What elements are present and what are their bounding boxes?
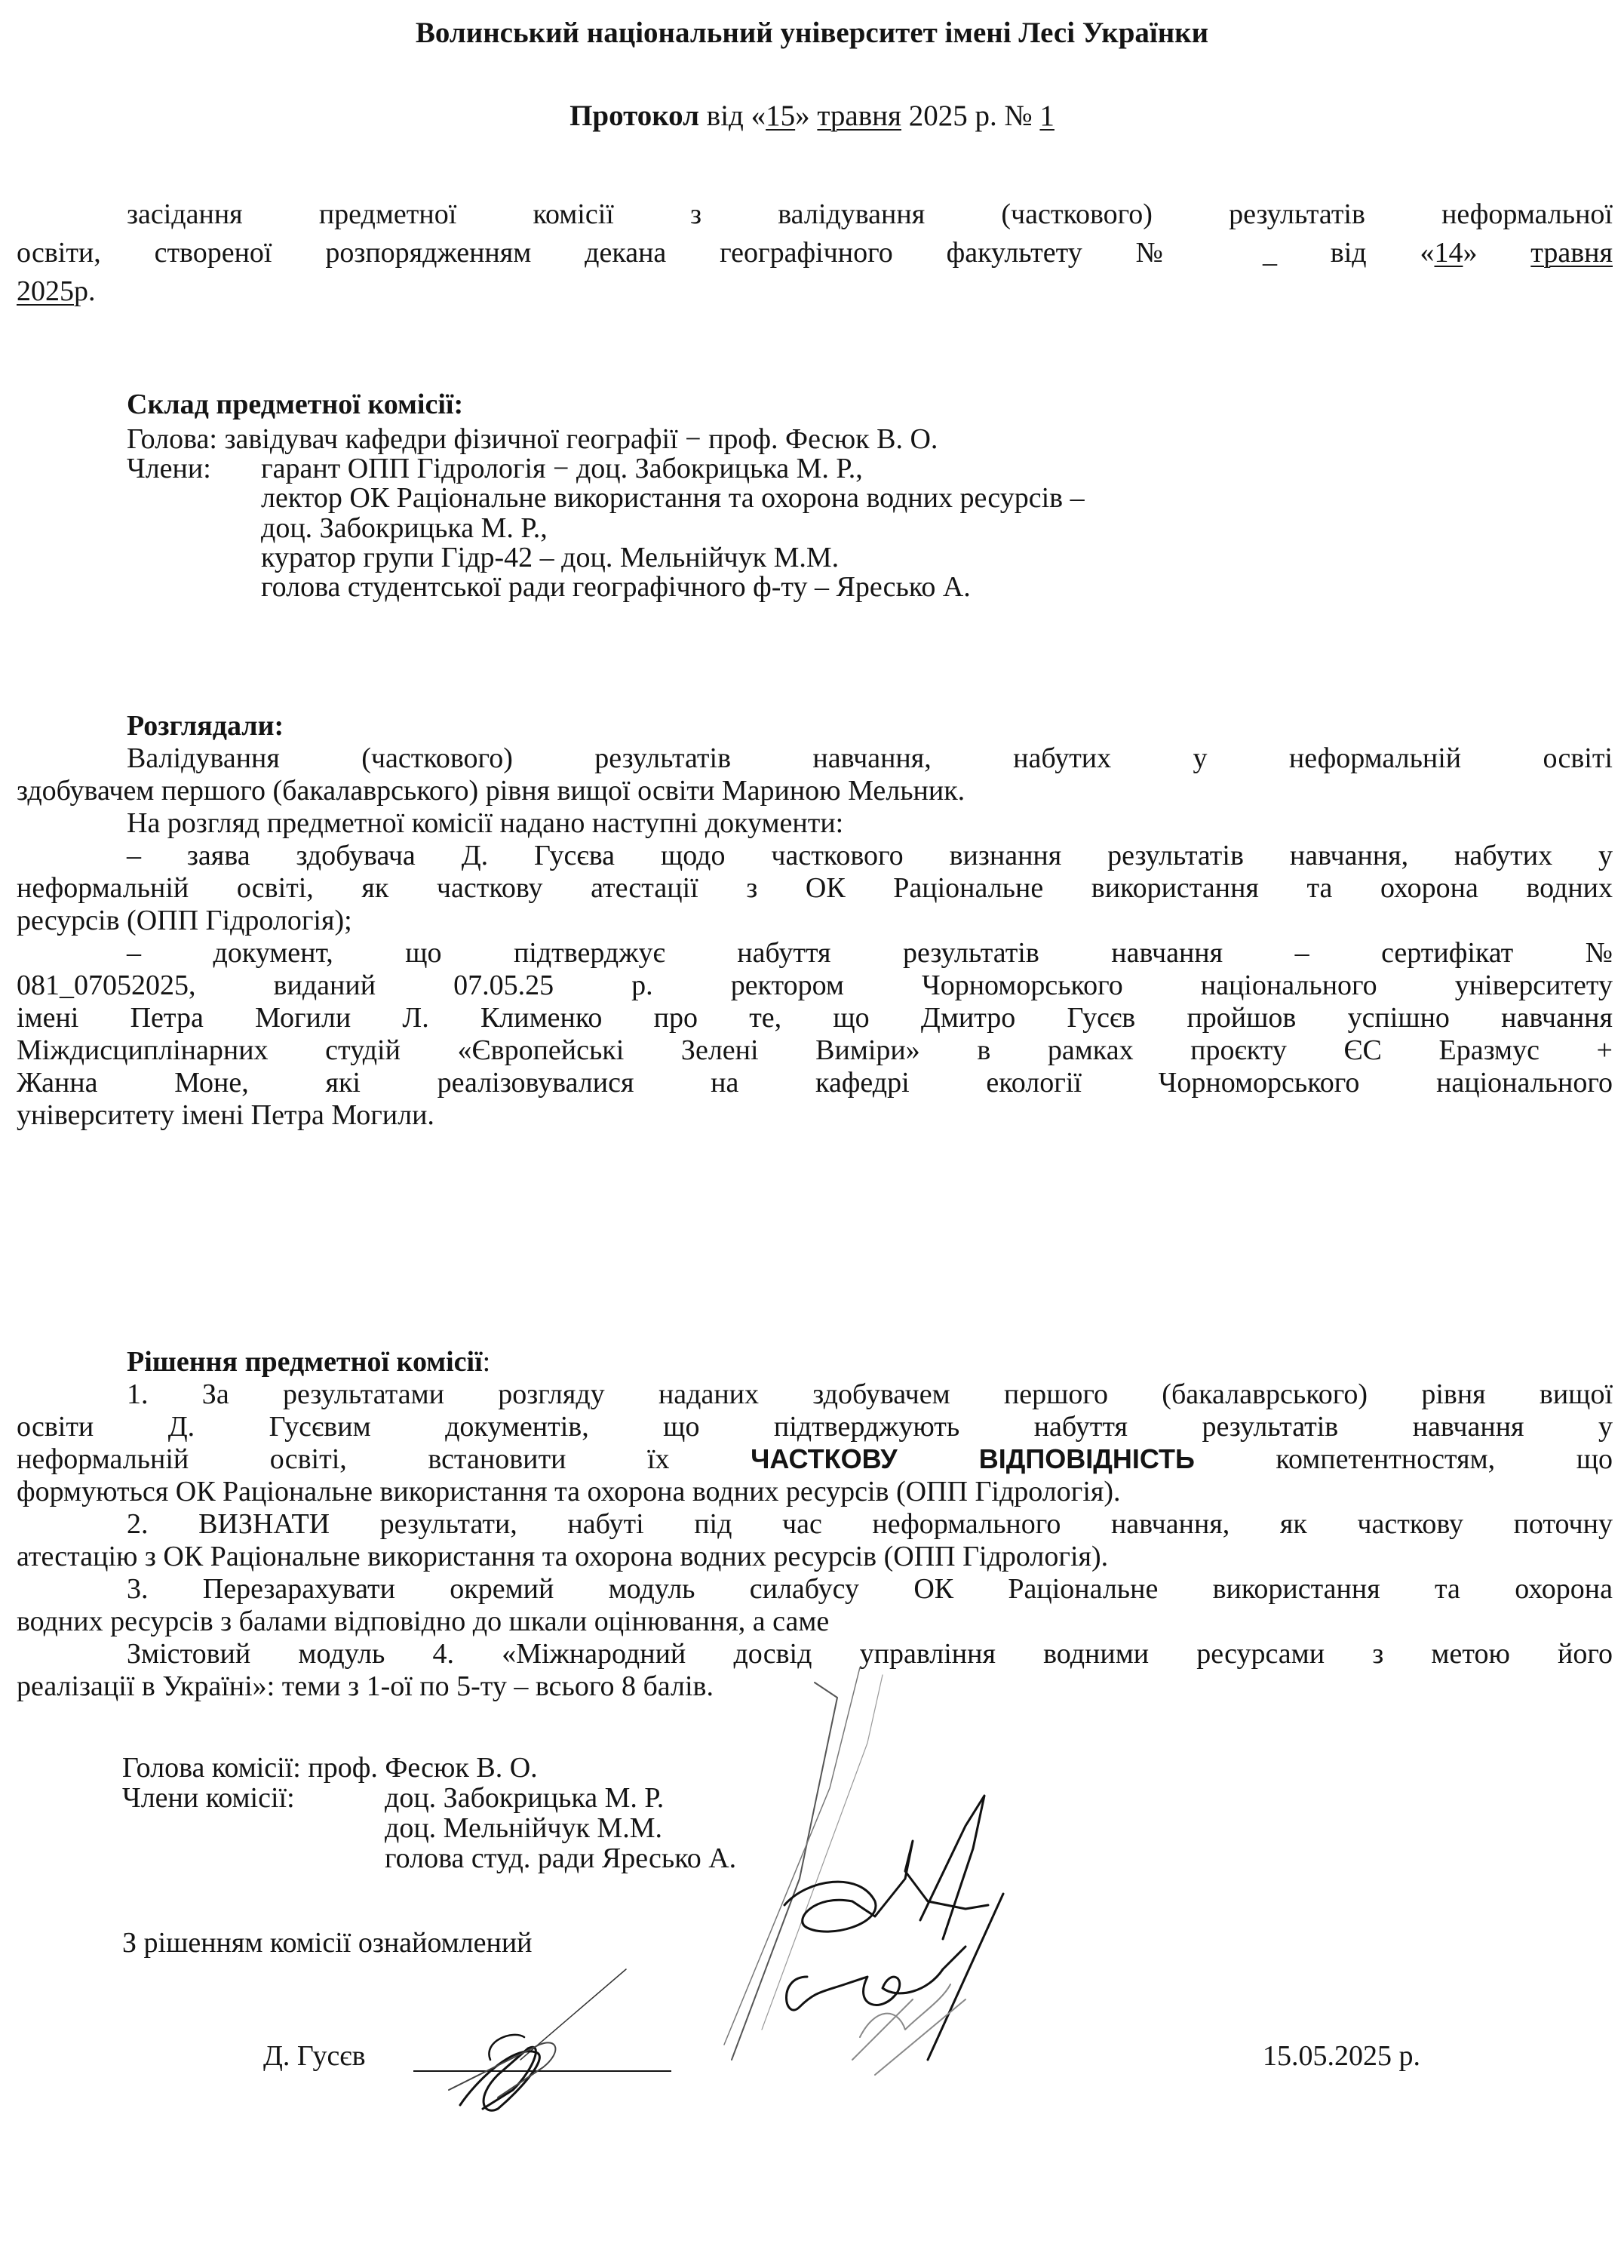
decision-item-1-line: освіти Д. Гусєвим документів, що підтвер… [17,1410,1613,1443]
member-item: лектор ОК Раціональне використання та ох… [261,481,1085,515]
order-year: 2025 [17,275,74,307]
protocol-label: Протокол [569,100,699,132]
considered-line: 081_07052025, виданий 07.05.25 р. ректор… [17,969,1613,1002]
member-item: куратор групи Гідр-42 – доц. Мельнійчук … [261,541,839,574]
considered-line: – документ, що підтверджує набуття резул… [17,936,1613,970]
intro-line-2-text: освіти, створеної розпорядженням декана … [17,237,1434,269]
decision-item-3-line: реалізації в Україні»: теми з 1-ої по 5-… [17,1670,714,1703]
chair-sign-label: Голова комісії: [122,1752,301,1784]
member-item: голова студентської ради географічного ф… [261,570,971,604]
considered-line: – заява здобувача Д. Гусєва щодо частков… [17,839,1613,872]
decision-item-1-line: формуються ОК Раціональне використання т… [17,1475,1121,1508]
chair-label: Голова: [127,423,217,455]
considered-line: університету імені Петра Могили. [17,1099,434,1132]
protocol-from: від « [699,100,766,132]
protocol-month: травня [817,100,901,132]
intro-line-1: засідання предметної комісії з валідуван… [17,198,1613,231]
university-title: Волинський національний університет імен… [0,17,1624,50]
intro-line-2: освіти, створеної розпорядженням декана … [17,236,1613,269]
member-item: доц. Забокрицька М. Р., [261,512,548,545]
order-day: 14 [1434,237,1463,269]
considered-line: Жанна Моне, які реалізовувалися на кафед… [17,1066,1613,1099]
committee-signatures-icon [679,1652,1056,2075]
decision-item-2-line: атестацію з ОК Раціональне використання … [17,1540,1108,1573]
protocol-close-quote: » [795,100,817,132]
protocol-year: 2025 р. № [901,100,1039,132]
member-item: гарант ОПП Гідрологія − доц. Забокрицька… [261,452,863,485]
member-sign-name: доц. Мельнійчук М.М. [385,1812,662,1845]
signature-chair: Голова комісії: проф. Фесюк В. О. [122,1751,538,1784]
composition-heading: Склад предметної комісії: [127,388,463,421]
members-sign-label: Члени комісії: [122,1781,295,1815]
decision-text: компетентностям, що [1195,1443,1613,1475]
decision-item-3-line: водних ресурсів з балами відповідно до ш… [17,1605,829,1638]
decision-item-3-line: 3. Перезарахувати окремий модуль силабус… [17,1572,1613,1606]
student-signature-icon [430,1962,671,2120]
decision-item-1-line: неформальній освіті, встановити їх ЧАСТК… [17,1443,1613,1476]
acknowledgement-date: 15.05.2025 р. [1263,2039,1420,2073]
member-sign-name: доц. Забокрицька М. Р. [385,1781,664,1815]
protocol-day: 15 [766,100,795,132]
decision-text: неформальній освіті, встановити їх [17,1443,751,1475]
acknowledgement-text: З рішенням комісії ознайомлений [122,1926,533,1959]
intro-close-quote: » [1463,237,1530,269]
decision-item-1-line: 1. За результатами розгляду наданих здоб… [17,1378,1613,1411]
composition-chair: Голова: завідувач кафедри фізичної геогр… [127,423,938,456]
student-name: Д. Гусєв [263,2039,366,2073]
considered-heading: Розглядали: [127,709,284,742]
considered-line: імені Петра Могили Л. Клименко про те, щ… [17,1001,1613,1034]
chair-sign-name: проф. Фесюк В. О. [308,1752,537,1784]
protocol-number: 1 [1039,100,1055,132]
decision-heading: Рішення предметної комісії: [127,1345,490,1378]
considered-line: здобувачем першого (бакалаврського) рівн… [17,774,965,807]
decision-item-2-line: 2. ВИЗНАТИ результати, набуті під час не… [17,1507,1613,1541]
considered-line: Міждисциплінарних студій «Європейські Зе… [17,1034,1613,1067]
considered-line: неформальній освіті, як часткову атестац… [17,871,1613,905]
considered-line: ресурсів (ОПП Гідрологія); [17,904,352,937]
order-year-suffix: р. [74,275,96,307]
decision-heading-colon: : [483,1346,491,1378]
protocol-line: Протокол від «15» травня 2025 р. № 1 [0,100,1624,133]
considered-line: Валідування (часткового) результатів нав… [17,742,1613,775]
order-month: травня [1530,237,1613,269]
members-label: Члени: [127,452,211,485]
decision-heading-text: Рішення предметної комісії [127,1346,483,1378]
chair-text: завідувач кафедри фізичної географії − п… [224,423,938,455]
considered-line: На розгляд предметної комісії надано нас… [127,807,843,840]
partial-compliance-emphasis: ЧАСТКОВУ ВІДПОВІДНІСТЬ [751,1443,1195,1474]
intro-line-3: 2025р. [17,275,96,308]
